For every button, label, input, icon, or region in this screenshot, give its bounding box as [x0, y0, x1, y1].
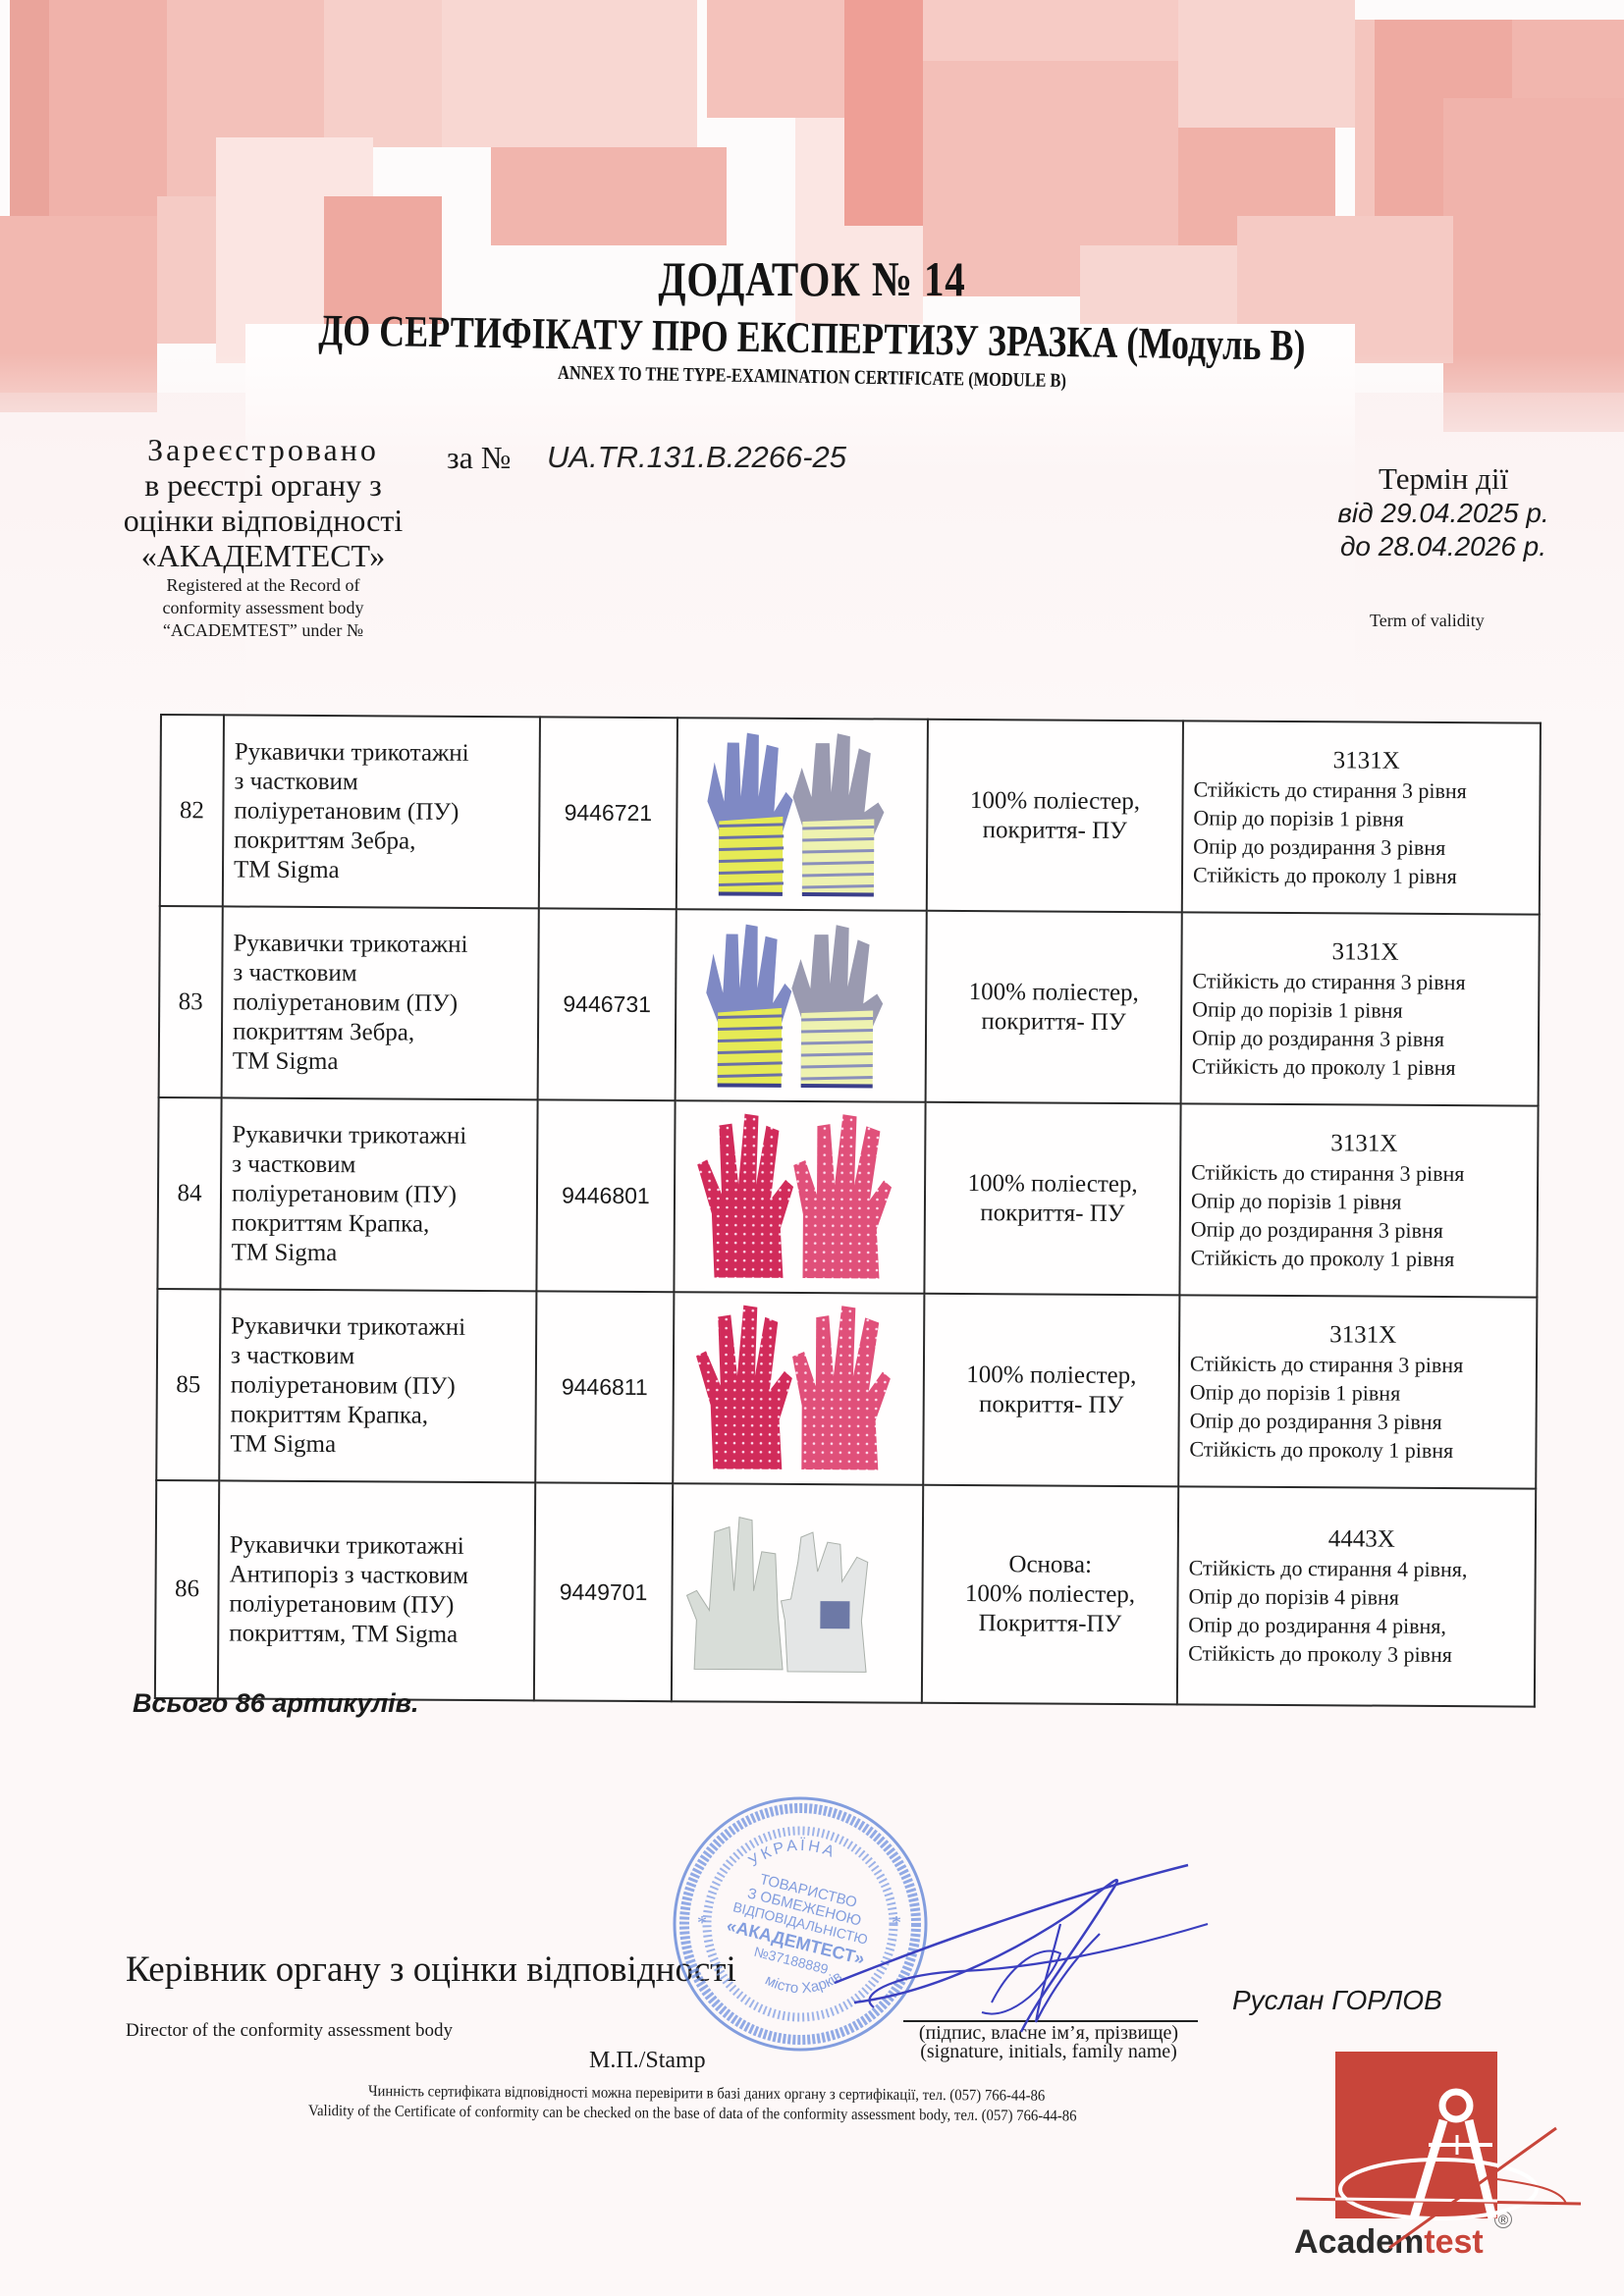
product-name-line: поліуретановим (ПУ) [231, 1370, 535, 1402]
material-line: покриття- ПУ [926, 1198, 1179, 1229]
product-name-line: з частковим [232, 1149, 536, 1181]
product-image [677, 718, 928, 911]
material-line: 100% поліестер, [928, 785, 1181, 817]
validity-block: Термін дії від 29.04.2025 р. до 28.04.20… [1306, 461, 1581, 563]
row-number-text: 86 [175, 1575, 199, 1602]
product-image [676, 909, 927, 1102]
material: 100% поліестер,покриття- ПУ [924, 1102, 1180, 1296]
protection-level: Стійкість до стирання 3 рівня [1193, 774, 1539, 805]
table-row: 84Рукавички трикотажніз частковимполіуре… [157, 1097, 1538, 1298]
product-name-line: поліуретановим (ПУ) [234, 796, 538, 828]
row-number-text: 84 [177, 1180, 201, 1206]
protection-level: Стійкість до стирання 4 рівня, [1189, 1553, 1535, 1583]
protection-spec: 3131XСтійкість до стирання 3 рівняОпір д… [1182, 721, 1541, 914]
cut-resistant-gloves-icon [684, 1502, 911, 1680]
product-name: Рукавички трикотажніз частковимполіурета… [219, 1289, 536, 1482]
protection-level: Стійкість до проколу 1 рівня [1192, 1051, 1538, 1082]
product-name-line: покриттям, TM Sigma [229, 1619, 533, 1650]
row-number: 84 [157, 1097, 221, 1289]
protection-level: Стійкість до стирання 3 рівня [1191, 1157, 1537, 1188]
protection-level: Опір до порізів 4 рівня [1188, 1581, 1534, 1612]
protection-spec: 3131XСтійкість до стирання 3 рівняОпір д… [1178, 1295, 1537, 1488]
product-image [673, 1292, 924, 1485]
director-title-en: Director of the conformity assessment bo… [126, 2020, 453, 2042]
material-line: покриття- ПУ [927, 1006, 1180, 1038]
product-name-line: покриттям Зебра, [233, 1017, 537, 1048]
article-code: 9446801 [536, 1099, 675, 1292]
row-number: 82 [160, 715, 224, 906]
signature-icon [815, 1855, 1227, 2052]
product-name-line: поліуретановим (ПУ) [229, 1589, 533, 1621]
product-name-line: з частковим [234, 767, 538, 798]
product-name-line: TM Sigma [233, 1046, 537, 1078]
registration-line-en: “ACADEMTEST” under № [116, 620, 410, 641]
product-name-line: TM Sigma [230, 1429, 534, 1461]
registration-line: Зареєстровано [116, 432, 410, 467]
protection-level: Опір до порізів 1 рівня [1192, 994, 1538, 1025]
validity-label-en: Term of validity [1370, 611, 1485, 631]
material: 100% поліестер,покриття- ПУ [926, 911, 1182, 1104]
dot-gloves-icon [685, 1297, 912, 1474]
protection-level: Опір до порізів 1 рівня [1190, 1377, 1536, 1408]
product-name: Рукавички трикотажніАнтипоріз з часткови… [218, 1480, 535, 1700]
protection-level: Стійкість до проколу 1 рівня [1193, 860, 1539, 890]
table-row: 83Рукавички трикотажніз частковимполіуре… [159, 906, 1540, 1106]
material-line: Основа: [924, 1550, 1177, 1581]
protection-spec: 4443XСтійкість до стирання 4 рівня,Опір … [1177, 1486, 1536, 1706]
validity-to: до 28.04.2026 р. [1306, 530, 1581, 563]
article-code-text: 9446811 [562, 1374, 648, 1401]
protection-level: Опір до роздирання 3 рівня [1193, 831, 1539, 862]
material-line: 100% поліестер, [925, 1360, 1178, 1391]
registration-line-en: conformity assessment body [116, 598, 410, 618]
row-number-text: 85 [176, 1371, 200, 1398]
product-name-line: Рукавички трикотажні [235, 737, 539, 769]
product-name-line: Антипоріз з частковим [230, 1560, 534, 1591]
row-number: 85 [156, 1289, 220, 1480]
material-line: 100% поліестер, [927, 977, 1180, 1008]
material-line: покриття- ПУ [928, 815, 1181, 846]
protection-spec: 3131XСтійкість до стирання 3 рівняОпір д… [1181, 912, 1540, 1105]
protection-level: Опір до порізів 1 рівня [1193, 803, 1539, 833]
material-line: Покриття-ПУ [923, 1609, 1176, 1640]
product-name-line: з частковим [233, 958, 537, 989]
dot-gloves-icon [686, 1105, 913, 1283]
academtest-logo-icon [1296, 2022, 1591, 2268]
protection-code: 3131X [1191, 1128, 1537, 1159]
row-number-text: 83 [179, 988, 203, 1015]
material-line: 100% поліестер, [926, 1168, 1179, 1200]
row-number: 86 [155, 1480, 219, 1698]
total-articles: Всього 86 артикулів. [133, 1688, 418, 1719]
product-name-line: з частковим [231, 1341, 535, 1372]
validity-check-note: Чинність сертифіката відповідності можна… [368, 2083, 1045, 2106]
registration-number-label: за № [447, 440, 511, 476]
product-image [672, 1483, 923, 1703]
validity-from: від 29.04.2025 р. [1306, 497, 1581, 530]
registration-block: Зареєстровано в реєстрі органу з оцінки … [116, 432, 410, 641]
material: 100% поліестер,покриття- ПУ [927, 720, 1183, 913]
article-code-text: 9446731 [563, 991, 651, 1018]
protection-level: Опір до роздирання 3 рівня [1191, 1214, 1537, 1245]
row-number: 83 [159, 906, 223, 1097]
protection-level: Опір до роздирання 4 рівня, [1188, 1610, 1534, 1640]
product-name-line: поліуретановим (ПУ) [233, 988, 537, 1019]
zebra-gloves-icon [687, 914, 914, 1092]
table-row: 82Рукавички трикотажніз частковимполіуре… [160, 715, 1541, 915]
product-name-line: TM Sigma [232, 1238, 536, 1269]
protection-level: Опір до порізів 1 рівня [1191, 1186, 1537, 1216]
table-row: 86Рукавички трикотажніАнтипоріз з частко… [155, 1480, 1536, 1707]
product-image [674, 1100, 925, 1294]
article-code: 9446811 [535, 1291, 674, 1483]
article-code: 9446731 [538, 908, 677, 1100]
product-name-line: Рукавички трикотажні [233, 929, 537, 960]
material: Основа:100% поліестер,Покриття-ПУ [922, 1485, 1178, 1705]
table-row: 85Рукавички трикотажніз частковимполіуре… [156, 1289, 1537, 1489]
material-line: 100% поліестер, [923, 1579, 1176, 1611]
products-table: 82Рукавички трикотажніз частковимполіуре… [154, 714, 1542, 1708]
row-number-text: 82 [180, 797, 204, 824]
product-name-line: Рукавички трикотажні [230, 1530, 534, 1562]
product-name: Рукавички трикотажніз частковимполіурета… [220, 1097, 537, 1291]
product-name: Рукавички трикотажніз частковимполіурета… [223, 715, 540, 908]
protection-code: 4443X [1189, 1523, 1535, 1555]
article-code-text: 9446801 [562, 1183, 650, 1209]
article-code-text: 9446721 [565, 800, 653, 827]
material-line: покриття- ПУ [925, 1389, 1178, 1420]
protection-level: Стійкість до проколу 1 рівня [1191, 1243, 1537, 1273]
registration-line-en: Registered at the Record of [116, 575, 410, 596]
product-name: Рукавички трикотажніз частковимполіурета… [222, 906, 539, 1099]
protection-code: 3131X [1190, 1319, 1536, 1351]
product-name-line: покриттям Зебра, [234, 826, 538, 857]
article-code: 9449701 [534, 1482, 673, 1701]
protection-level: Стійкість до проколу 1 рівня [1189, 1434, 1535, 1465]
product-name-line: Рукавички трикотажні [231, 1311, 535, 1343]
protection-level: Опір до роздирання 3 рівня [1192, 1023, 1538, 1053]
annex-title: ДОДАТОК № 14 [146, 250, 1478, 307]
protection-level: Стійкість до стирання 3 рівня [1192, 966, 1538, 996]
registration-number: UA.TR.131.B.2266-25 [547, 440, 846, 475]
director-title: Керівник органу з оцінки відповідності [126, 1949, 736, 1991]
svg-text:*: * [697, 1912, 707, 1934]
protection-level: Стійкість до проколу 3 рівня [1188, 1638, 1534, 1669]
protection-spec: 3131XСтійкість до стирання 3 рівняОпір д… [1179, 1103, 1538, 1297]
validity-title: Термін дії [1306, 461, 1581, 497]
article-code: 9446721 [539, 717, 677, 909]
product-name-line: покриттям Крапка, [231, 1400, 535, 1431]
protection-level: Опір до роздирання 3 рівня [1190, 1406, 1536, 1436]
product-name-line: покриттям Крапка, [232, 1208, 536, 1240]
product-name-line: поліуретановим (ПУ) [232, 1179, 536, 1210]
product-name-line: TM Sigma [234, 855, 538, 886]
validity-check-note-en: Validity of the Certificate of conformit… [308, 2103, 1077, 2125]
registration-line: оцінки відповідності [116, 503, 410, 538]
product-name-line: Рукавички трикотажні [232, 1120, 536, 1151]
protection-code: 3131X [1194, 745, 1540, 776]
signer-name: Руслан ГОРЛОВ [1232, 1985, 1442, 2016]
protection-code: 3131X [1192, 936, 1538, 968]
registration-line: в реєстрі органу з [116, 467, 410, 503]
registration-line: «АКАДЕМТЕСТ» [116, 538, 410, 573]
protection-level: Стійкість до стирання 3 рівня [1190, 1349, 1536, 1379]
zebra-gloves-icon [688, 722, 915, 900]
article-code-text: 9449701 [560, 1578, 648, 1605]
material: 100% поліестер,покриття- ПУ [923, 1294, 1179, 1487]
